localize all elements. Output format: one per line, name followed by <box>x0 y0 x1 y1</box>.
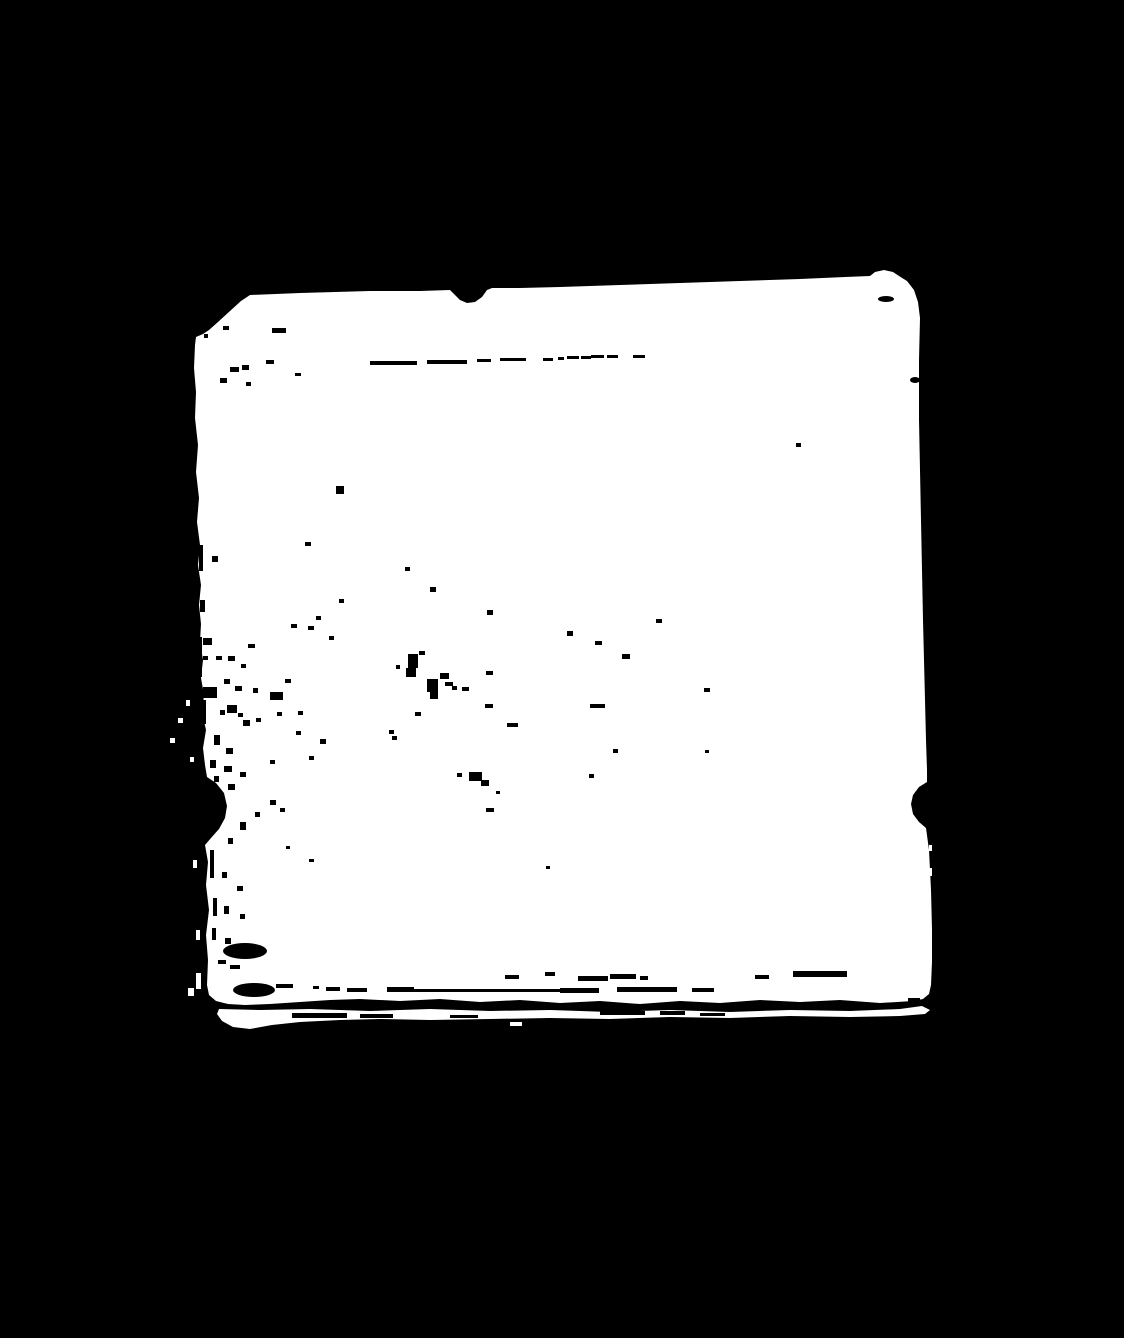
black-speck <box>227 705 237 713</box>
black-speck <box>210 760 216 768</box>
black-speck <box>285 679 291 683</box>
black-speck <box>477 359 491 362</box>
white-speck <box>510 1022 522 1026</box>
black-speck <box>313 986 319 989</box>
black-speck <box>216 656 222 660</box>
black-speck <box>228 838 233 844</box>
black-speck <box>440 673 449 679</box>
black-speck <box>486 671 493 675</box>
black-speck <box>214 776 219 782</box>
black-speck <box>462 687 469 691</box>
black-speck <box>280 808 285 812</box>
black-speck <box>347 988 367 992</box>
black-speck <box>452 686 457 690</box>
black-speck <box>199 700 206 724</box>
black-speck <box>270 692 283 700</box>
black-speck <box>224 679 230 684</box>
black-speck <box>309 859 314 862</box>
black-speck <box>240 772 246 777</box>
white-speck <box>193 860 197 868</box>
black-speck <box>419 651 425 655</box>
black-speck <box>213 898 217 916</box>
black-speck <box>224 906 229 914</box>
black-blob <box>910 377 920 383</box>
white-speck <box>170 738 175 743</box>
black-speck <box>457 773 462 777</box>
black-speck <box>210 850 214 878</box>
white-speck <box>178 718 183 723</box>
black-speck <box>203 638 212 645</box>
black-speck <box>238 713 243 717</box>
black-speck <box>613 749 618 753</box>
black-speck <box>230 367 239 372</box>
black-speck <box>228 656 235 661</box>
black-speck <box>266 360 274 364</box>
black-speck <box>610 974 636 979</box>
black-speck <box>277 712 282 716</box>
black-speck <box>704 688 710 692</box>
black-speck <box>567 631 573 636</box>
black-speck <box>543 358 553 361</box>
black-speck <box>505 975 519 979</box>
black-speck <box>246 382 251 386</box>
black-speck <box>230 965 240 969</box>
black-speck <box>633 355 645 358</box>
black-speck <box>908 998 920 1003</box>
black-speck <box>398 989 568 992</box>
black-speck <box>320 739 326 744</box>
black-speck <box>296 731 301 735</box>
black-speck <box>305 542 311 546</box>
black-speck <box>622 654 630 659</box>
black-speck <box>220 710 225 715</box>
black-speck <box>240 822 246 830</box>
white-speck <box>186 700 190 706</box>
black-speck <box>590 704 605 708</box>
black-speck <box>248 644 255 648</box>
black-speck <box>228 784 235 790</box>
black-speck <box>485 704 493 708</box>
black-speck <box>589 774 594 778</box>
white-speck <box>929 845 932 851</box>
black-speck <box>581 356 591 359</box>
black-blob <box>233 983 275 997</box>
black-speck <box>270 800 276 805</box>
white-speck <box>188 988 194 996</box>
mask-body <box>194 270 932 1005</box>
black-speck <box>214 735 220 745</box>
black-speck <box>450 1015 478 1018</box>
black-speck <box>204 334 208 338</box>
black-speck <box>292 1013 347 1018</box>
black-speck <box>500 358 526 361</box>
white-speck <box>196 930 200 940</box>
black-speck <box>558 357 564 360</box>
black-speck <box>469 772 482 781</box>
black-speck <box>326 987 340 991</box>
black-speck <box>286 846 290 849</box>
white-speck <box>190 757 194 762</box>
black-speck <box>360 1014 393 1018</box>
black-speck <box>339 599 344 603</box>
black-speck <box>309 756 314 760</box>
black-speck <box>224 766 232 772</box>
black-speck <box>200 600 205 612</box>
black-speck <box>225 938 231 944</box>
black-speck <box>607 355 618 358</box>
black-speck <box>486 808 494 812</box>
black-speck <box>755 975 769 979</box>
black-speck <box>295 373 301 376</box>
black-speck <box>256 718 261 722</box>
black-speck <box>276 984 293 988</box>
mask-viewport <box>0 0 1124 1338</box>
black-speck <box>496 791 500 794</box>
black-speck <box>316 616 321 620</box>
black-speck <box>241 664 246 668</box>
black-speck <box>430 691 438 699</box>
black-speck <box>406 668 416 677</box>
black-speck <box>291 624 297 628</box>
black-speck <box>329 636 334 640</box>
black-speck <box>392 736 397 740</box>
black-speck <box>242 365 249 370</box>
black-speck <box>199 545 203 571</box>
black-speck <box>507 723 518 727</box>
black-speck <box>396 665 400 669</box>
black-speck <box>218 960 226 964</box>
black-speck <box>427 679 438 692</box>
black-speck <box>270 760 275 764</box>
black-speck <box>578 976 608 981</box>
black-speck <box>700 1013 725 1016</box>
black-speck <box>415 712 421 716</box>
black-speck <box>203 687 217 698</box>
black-speck <box>212 928 216 940</box>
black-speck <box>223 326 229 330</box>
black-speck <box>272 328 286 333</box>
black-speck <box>660 1011 685 1015</box>
black-speck <box>692 988 714 992</box>
black-speck <box>370 361 417 365</box>
black-speck <box>212 556 218 562</box>
black-speck <box>199 637 202 677</box>
black-speck <box>389 730 394 734</box>
black-speck <box>253 688 258 693</box>
black-speck <box>308 626 314 630</box>
black-speck <box>445 682 453 686</box>
black-blob <box>878 296 894 302</box>
black-speck <box>481 780 489 786</box>
black-speck <box>405 567 410 571</box>
black-speck <box>591 355 604 358</box>
black-speck <box>408 654 418 668</box>
binary-mask-image <box>0 0 1124 1338</box>
black-speck <box>237 886 243 891</box>
black-speck <box>226 748 233 754</box>
black-speck <box>796 443 801 447</box>
black-speck <box>617 987 677 992</box>
black-speck <box>546 866 550 869</box>
black-speck <box>298 711 303 715</box>
black-speck <box>656 619 662 623</box>
white-speck <box>196 973 201 989</box>
black-speck <box>487 610 493 615</box>
black-speck <box>243 720 250 726</box>
black-speck <box>240 914 245 919</box>
black-speck <box>220 378 227 383</box>
black-speck <box>640 976 648 980</box>
black-speck <box>336 486 344 494</box>
black-speck <box>222 872 227 878</box>
white-speck <box>929 868 932 876</box>
black-speck <box>430 587 436 592</box>
black-speck <box>600 1011 645 1015</box>
black-speck <box>793 971 847 977</box>
black-speck <box>427 360 467 364</box>
black-speck <box>235 686 242 691</box>
black-speck <box>595 641 602 645</box>
black-speck <box>567 356 579 359</box>
black-speck <box>705 750 709 753</box>
black-speck <box>560 988 599 993</box>
black-blob <box>223 943 267 959</box>
black-speck <box>545 972 555 976</box>
black-speck <box>203 656 208 660</box>
black-speck <box>255 812 260 817</box>
